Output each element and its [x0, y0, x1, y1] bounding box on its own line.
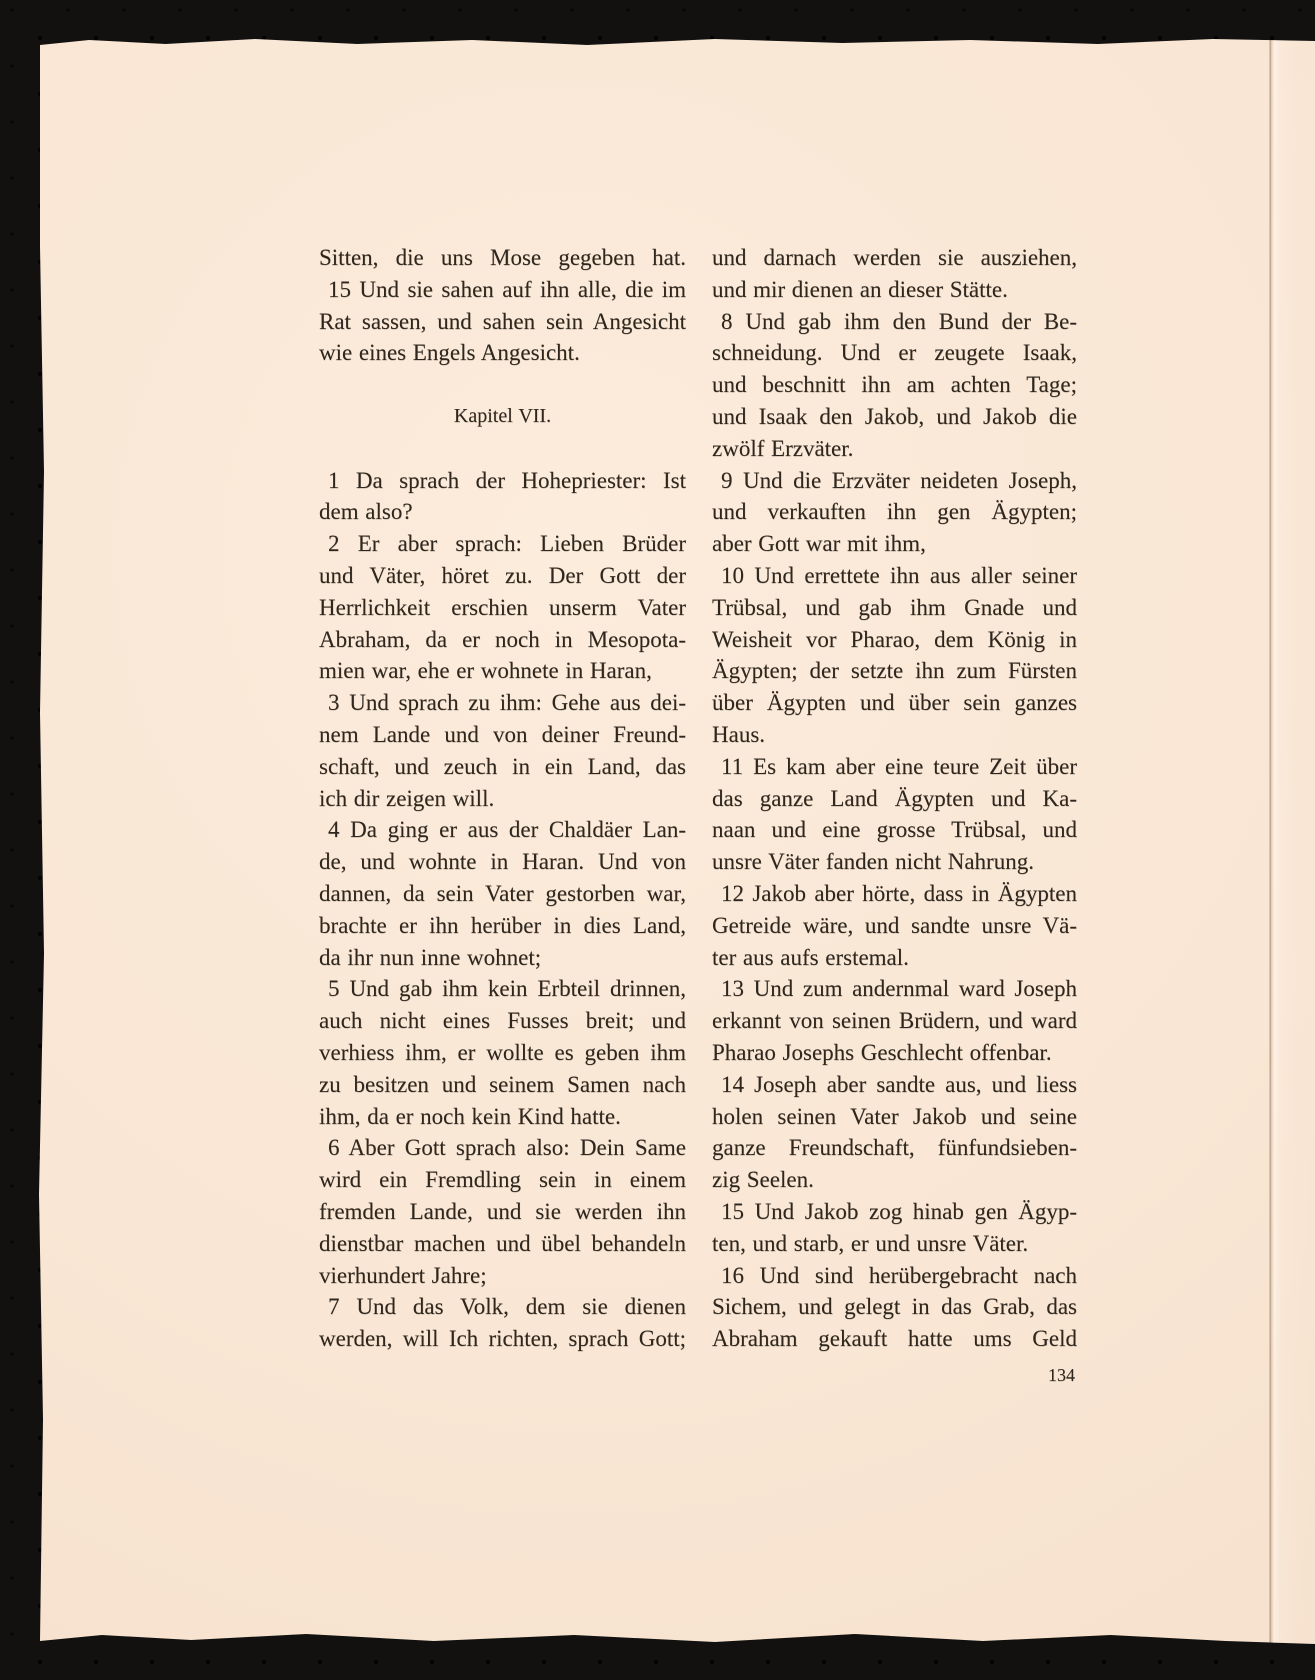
verse-paragraph: 7 Und das Volk, dem sie dienenwerden, wi…: [319, 1291, 686, 1355]
verse-paragraph: 8 Und gab ihm den Bund der Be-schneidung…: [712, 306, 1077, 465]
text-line: nem Lande und von deiner Freund-: [319, 719, 686, 751]
text-line: wird ein Fremdling sein in einem: [319, 1164, 686, 1196]
continuation-paragraph: Sitten, die uns Mose gegeben hat.: [319, 242, 686, 274]
text-line: und darnach werden sie ausziehen,: [712, 242, 1077, 274]
book-page: Sitten, die uns Mose gegeben hat.15 Und …: [38, 38, 1315, 1644]
text-line: dem also?: [319, 496, 686, 528]
text-line: erkannt von seinen Brüdern, und ward: [712, 1005, 1077, 1037]
verse-paragraph: 11 Es kam aber eine teure Zeit überdas g…: [712, 751, 1077, 878]
adjacent-leaf-edge: [1270, 38, 1315, 1644]
text-line: da ihr nun inne wohnet;: [319, 942, 686, 974]
text-line: Rat sassen, und sahen sein Angesicht: [319, 306, 686, 338]
left-text-column: Sitten, die uns Mose gegeben hat.15 Und …: [319, 242, 686, 1355]
verse-paragraph: 13 Und zum andernmal ward Josepherkannt …: [712, 973, 1077, 1068]
text-line: Haus.: [712, 719, 1077, 751]
text-line: und verkauften ihn gen Ägypten;: [712, 496, 1077, 528]
text-line: Weisheit vor Pharao, dem König in: [712, 624, 1077, 656]
text-line: 3 Und sprach zu ihm: Gehe aus dei-: [319, 687, 686, 719]
text-line: schaft, und zeuch in ein Land, das: [319, 751, 686, 783]
verse-paragraph: 12 Jakob aber hörte, dass in ÄgyptenGetr…: [712, 878, 1077, 973]
text-line: Abraham, da er noch in Mesopota-: [319, 624, 686, 656]
right-text-column: und darnach werden sie ausziehen,und mir…: [712, 242, 1077, 1355]
verse-paragraph: 6 Aber Gott sprach also: Dein Samewird e…: [319, 1132, 686, 1291]
text-line: 9 Und die Erzväter neideten Joseph,: [712, 465, 1077, 497]
text-line: Herrlichkeit erschien unserm Vater: [319, 592, 686, 624]
continuation-paragraph: und darnach werden sie ausziehen,und mir…: [712, 242, 1077, 306]
text-line: Sichem, und gelegt in das Grab, das: [712, 1291, 1077, 1323]
verse-paragraph: 5 Und gab ihm kein Erbteil drinnen,auch …: [319, 973, 686, 1132]
text-line: auch nicht eines Fusses breit; und: [319, 1005, 686, 1037]
verse-paragraph: 10 Und errettete ihn aus aller seinerTrü…: [712, 560, 1077, 751]
text-line: mien war, ehe er wohnete in Haran,: [319, 655, 686, 687]
text-line: schneidung. Und er zeugete Isaak,: [712, 337, 1077, 369]
text-line: 2 Er aber sprach: Lieben Brüder: [319, 528, 686, 560]
text-line: holen seinen Vater Jakob und seine: [712, 1101, 1077, 1133]
text-line: 4 Da ging er aus der Chaldäer Lan-: [319, 814, 686, 846]
text-line: 8 Und gab ihm den Bund der Be-: [712, 306, 1077, 338]
text-line: aber Gott war mit ihm,: [712, 528, 1077, 560]
page-fold-crease: [1269, 38, 1271, 1644]
text-line: ten, und starb, er und unsre Väter.: [712, 1228, 1077, 1260]
text-line: wie eines Engels Angesicht.: [319, 337, 686, 369]
text-line: 13 Und zum andernmal ward Joseph: [712, 973, 1077, 1005]
text-line: Trübsal, und gab ihm Gnade und: [712, 592, 1077, 624]
text-line: Sitten, die uns Mose gegeben hat.: [319, 242, 686, 274]
page-footer: 134: [712, 1355, 1077, 1387]
text-line: und mir dienen an dieser Stätte.: [712, 274, 1077, 306]
text-line: 14 Joseph aber sandte aus, und liess: [712, 1069, 1077, 1101]
text-line: naan und eine grosse Trübsal, und: [712, 814, 1077, 846]
text-line: zig Seelen.: [712, 1164, 1077, 1196]
verse-paragraph: 15 Und Jakob zog hinab gen Ägyp-ten, und…: [712, 1196, 1077, 1260]
text-line: und Väter, höret zu. Der Gott der: [319, 560, 686, 592]
text-line: und Isaak den Jakob, und Jakob die: [712, 401, 1077, 433]
text-line: ganze Freundschaft, fünfundsieben-: [712, 1132, 1077, 1164]
verse-paragraph: 14 Joseph aber sandte aus, und liesshole…: [712, 1069, 1077, 1196]
text-line: zwölf Erzväter.: [712, 433, 1077, 465]
text-line: 15 Und sie sahen auf ihn alle, die im: [319, 274, 686, 306]
text-line: ter aus aufs erstemal.: [712, 942, 1077, 974]
text-line: Ägypten; der setzte ihn zum Fürsten: [712, 655, 1077, 687]
text-line: das ganze Land Ägypten und Ka-: [712, 783, 1077, 815]
verse-paragraph: 2 Er aber sprach: Lieben Brüderund Väter…: [319, 528, 686, 687]
text-line: 15 Und Jakob zog hinab gen Ägyp-: [712, 1196, 1077, 1228]
text-line: und beschnitt ihn am achten Tage;: [712, 369, 1077, 401]
verse-paragraph: 4 Da ging er aus der Chaldäer Lan-de, un…: [319, 814, 686, 973]
verse-paragraph: 9 Und die Erzväter neideten Joseph,und v…: [712, 465, 1077, 560]
text-line: verhiess ihm, er wollte es geben ihm: [319, 1037, 686, 1069]
chapter-heading: Kapitel VII.: [319, 401, 686, 433]
text-line: fremden Lande, und sie werden ihn: [319, 1196, 686, 1228]
scanner-mat-background: Sitten, die uns Mose gegeben hat.15 Und …: [0, 0, 1315, 1680]
verse-paragraph: 1 Da sprach der Hohepriester: Istdem als…: [319, 465, 686, 529]
text-line: de, und wohnte in Haran. Und von: [319, 846, 686, 878]
text-line: 6 Aber Gott sprach also: Dein Same: [319, 1132, 686, 1164]
text-line: 5 Und gab ihm kein Erbteil drinnen,: [319, 973, 686, 1005]
text-line: dannen, da sein Vater gestorben war,: [319, 878, 686, 910]
text-line: 7 Und das Volk, dem sie dienen: [319, 1291, 686, 1323]
text-line: 11 Es kam aber eine teure Zeit über: [712, 751, 1077, 783]
text-line: 1 Da sprach der Hohepriester: Ist: [319, 465, 686, 497]
text-line: 12 Jakob aber hörte, dass in Ägypten: [712, 878, 1077, 910]
text-line: dienstbar machen und übel behandeln: [319, 1228, 686, 1260]
verse-paragraph: 15 Und sie sahen auf ihn alle, die imRat…: [319, 274, 686, 369]
text-line: Abraham gekauft hatte ums Geld: [712, 1323, 1077, 1355]
text-line: ihm, da er noch kein Kind hatte.: [319, 1101, 686, 1133]
text-line: Pharao Josephs Geschlecht offenbar.: [712, 1037, 1077, 1069]
text-line: unsre Väter fanden nicht Nahrung.: [712, 846, 1077, 878]
text-line: über Ägypten und über sein ganzes: [712, 687, 1077, 719]
page-number: 134: [712, 1363, 1077, 1387]
text-line: Getreide wäre, und sandte unsre Vä-: [712, 910, 1077, 942]
text-line: zu besitzen und seinem Samen nach: [319, 1069, 686, 1101]
text-line: ich dir zeigen will.: [319, 783, 686, 815]
verse-paragraph: 16 Und sind herübergebracht nachSichem, …: [712, 1260, 1077, 1355]
verse-paragraph: 3 Und sprach zu ihm: Gehe aus dei-nem La…: [319, 687, 686, 814]
text-line: werden, will Ich richten, sprach Gott;: [319, 1323, 686, 1355]
text-line: vierhundert Jahre;: [319, 1260, 686, 1292]
text-line: 16 Und sind herübergebracht nach: [712, 1260, 1077, 1292]
text-line: 10 Und errettete ihn aus aller seiner: [712, 560, 1077, 592]
text-line: brachte er ihn herüber in dies Land,: [319, 910, 686, 942]
